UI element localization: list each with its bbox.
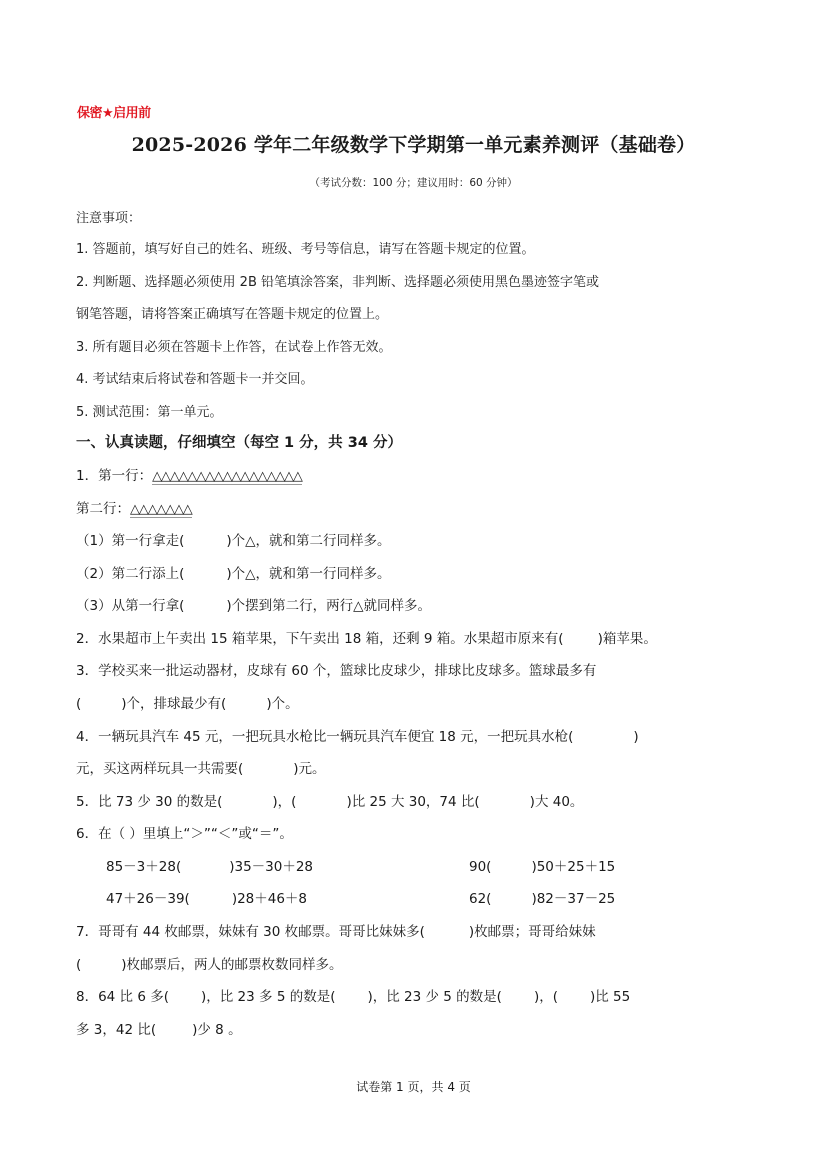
notice-heading: 注意事项： (76, 207, 141, 226)
q8-text-e: )比 55 (590, 989, 630, 1005)
question-1-row-2: 第二行：△△△△△△△ (76, 497, 192, 517)
sub-3-text-end: )个摆到第二行，两行△就同样多。 (226, 598, 431, 614)
question-1-sub-2: （2）第二行添上()个△，就和第一行同样多。 (76, 562, 391, 582)
sub-1-text: （1）第一行拿走( (76, 533, 184, 549)
question-7-line-2: ()枚邮票后，两人的邮票枚数同样多。 (76, 953, 343, 973)
q4-text-2: 元，买这两样玩具一共需要( (76, 761, 243, 777)
q7-text-2: ( (76, 957, 81, 973)
compare-item-1: 85－3＋28()35－30＋28 (106, 855, 313, 875)
q4-text-2-end: )元。 (293, 761, 325, 777)
question-1-sub-1: （1）第一行拿走()个△，就和第二行同样多。 (76, 529, 391, 549)
q2-text: 2．水果超市上午卖出 15 箱苹果，下午卖出 18 箱，还剩 9 箱。水果超市原… (76, 631, 564, 647)
compare-left: 47＋26－39( (106, 891, 190, 907)
sub-3-text: （3）从第一行拿( (76, 598, 184, 614)
question-8-line-2: 多 3，42 比()少 8 。 (76, 1018, 242, 1038)
row-1-triangles: △△△△△△△△△△△△△△△△△ (152, 469, 302, 485)
question-6-prompt: 6．在（ ）里填上“＞”“＜”或“＝”。 (76, 822, 293, 842)
question-7-line-1: 7．哥哥有 44 枚邮票，妹妹有 30 枚邮票。哥哥比妹妹多()枚邮票；哥哥给妹… (76, 920, 596, 940)
notice-item-3: 3. 所有题目必须在答题卡上作答，在试卷上作答无效。 (76, 336, 392, 355)
question-3-line-2: ()个，排球最少有()个。 (76, 692, 299, 712)
row-2-triangles: △△△△△△△ (130, 502, 192, 518)
sub-1-text-end: )个△，就和第二行同样多。 (226, 533, 390, 549)
compare-left: 62( (469, 891, 491, 907)
compare-item-2: 90()50＋25＋15 (469, 855, 615, 875)
page-footer: 试卷第 1 页，共 4 页 (0, 1078, 827, 1095)
q8-text-c: )，比 23 少 5 的数是( (367, 989, 501, 1005)
compare-right: )50＋25＋15 (531, 859, 615, 875)
question-4-line-2: 元，买这两样玩具一共需要()元。 (76, 757, 326, 777)
q7-text: 7．哥哥有 44 枚邮票，妹妹有 30 枚邮票。哥哥比妹妹多( (76, 924, 425, 940)
compare-item-4: 62()82－37－25 (469, 887, 615, 907)
q8-text: 8．64 比 6 多( (76, 989, 169, 1005)
compare-right: )28＋46＋8 (232, 891, 307, 907)
question-8-line-1: 8．64 比 6 多()，比 23 多 5 的数是()，比 23 少 5 的数是… (76, 985, 630, 1005)
question-4-line-1: 4．一辆玩具汽车 45 元，一把玩具水枪比一辆玩具汽车便宜 18 元，一把玩具水… (76, 725, 639, 745)
sub-2-text: （2）第二行添上( (76, 566, 184, 582)
q8-text-b: )，比 23 多 5 的数是( (201, 989, 335, 1005)
q8-text-d: )，( (534, 989, 558, 1005)
q4-text-end: ) (633, 729, 638, 745)
question-1-sub-3: （3）从第一行拿()个摆到第二行，两行△就同样多。 (76, 594, 431, 614)
q5-text-d: )大 40。 (530, 794, 584, 810)
q5-text: 5．比 73 少 30 的数是( (76, 794, 222, 810)
q5-text-b: )，( (272, 794, 296, 810)
compare-right: )82－37－25 (531, 891, 615, 907)
q3-text: ( (76, 696, 81, 712)
q3-text-mid: )个，排球最少有( (121, 696, 226, 712)
question-2: 2．水果超市上午卖出 15 箱苹果，下午卖出 18 箱，还剩 9 箱。水果超市原… (76, 627, 657, 647)
notice-item-2-cont: 钢笔答题，请将答案正确填写在答题卡规定的位置上。 (76, 303, 388, 322)
row-1-label: 1．第一行： (76, 468, 152, 484)
q5-text-c: )比 25 大 30，74 比( (346, 794, 479, 810)
section-1-heading: 一、认真读题，仔细填空（每空 1 分，共 34 分） (76, 431, 402, 452)
compare-left: 85－3＋28( (106, 859, 181, 875)
question-5: 5．比 73 少 30 的数是()，()比 25 大 30，74 比()大 40… (76, 790, 583, 810)
question-1-row-1: 1．第一行：△△△△△△△△△△△△△△△△△ (76, 464, 302, 484)
compare-right: )35－30＋28 (229, 859, 313, 875)
q2-text-end: )箱苹果。 (598, 631, 657, 647)
question-3-line-1: 3．学校买来一批运动器材，皮球有 60 个，篮球比皮球少，排球比皮球多。篮球最多… (76, 659, 596, 679)
notice-item-2: 2. 判断题、选择题必须使用 2B 铅笔填涂答案，非判断、选择题必须使用黑色墨迹… (76, 271, 599, 290)
exam-info: （考试分数：100 分；建议用时：60 分钟） (0, 175, 827, 190)
notice-item-1: 1. 答题前，填写好自己的姓名、班级、考号等信息，请写在答题卡规定的位置。 (76, 238, 535, 257)
q7-text-2-end: )枚邮票后，两人的邮票枚数同样多。 (121, 957, 342, 973)
q4-text: 4．一辆玩具汽车 45 元，一把玩具水枪比一辆玩具汽车便宜 18 元，一把玩具水… (76, 729, 573, 745)
document-title: 2025-2026 学年二年级数学下学期第一单元素养测评（基础卷） (0, 130, 827, 157)
q3-text-end: )个。 (266, 696, 298, 712)
q8-text-2: 多 3，42 比( (76, 1022, 156, 1038)
compare-item-3: 47＋26－39()28＋46＋8 (106, 887, 307, 907)
q7-text-end: )枚邮票；哥哥给妹妹 (469, 924, 596, 940)
compare-left: 90( (469, 859, 491, 875)
notice-item-4: 4. 考试结束后将试卷和答题卡一并交回。 (76, 368, 314, 387)
sub-2-text-end: )个△，就和第一行同样多。 (226, 566, 390, 582)
row-2-label: 第二行： (76, 501, 130, 517)
notice-item-5: 5. 测试范围：第一单元。 (76, 401, 223, 420)
confidential-label: 保密★启用前 (77, 102, 151, 121)
q8-text-2-end: )少 8 。 (192, 1022, 241, 1038)
